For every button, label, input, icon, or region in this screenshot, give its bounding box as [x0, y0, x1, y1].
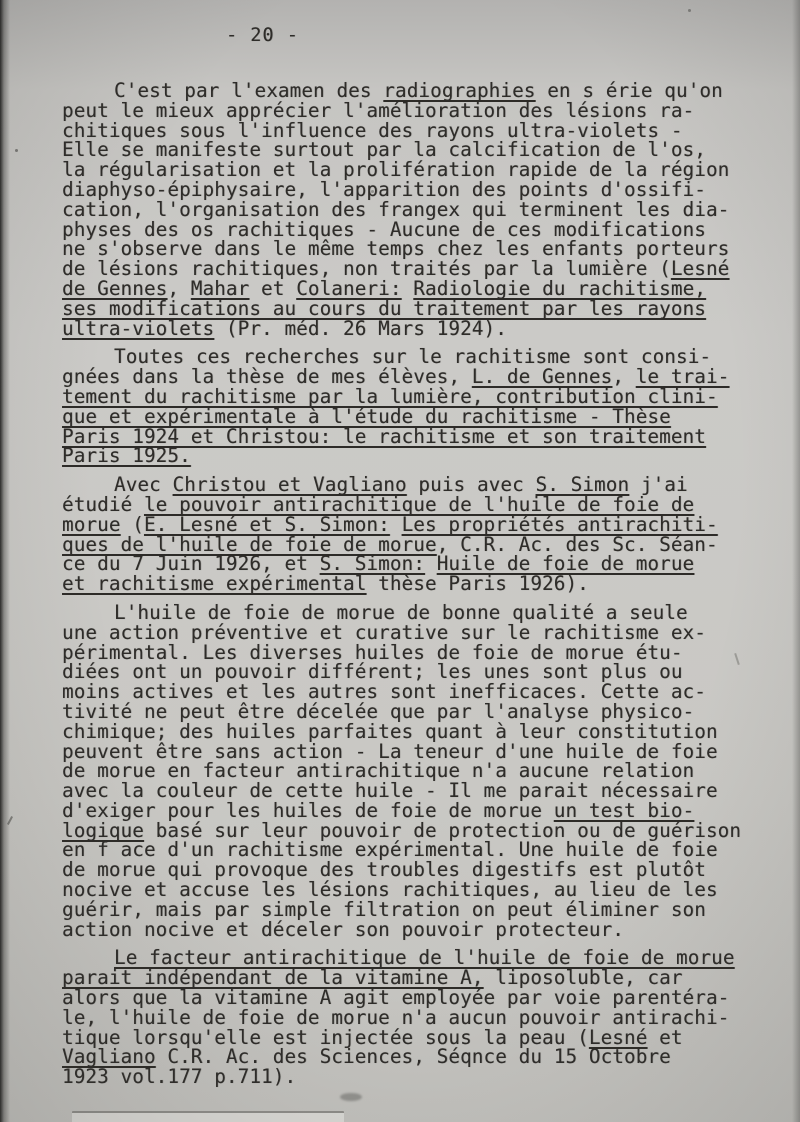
underlined-text: et rachitisme expérimental: [62, 572, 366, 595]
text-segment: action nocive et déceler son pouvoir pro…: [62, 918, 624, 941]
paper-speck: [15, 149, 18, 152]
underlined-text: ultra-violets: [62, 317, 214, 340]
paragraph: L'huile de foie de morue de bonne qualit…: [62, 603, 752, 940]
text-segment: 1923 vol.177 p.711).: [62, 1065, 296, 1088]
paper-speck: [688, 9, 691, 12]
paragraph: Toutes ces recherches sur le rachitisme …: [62, 347, 752, 466]
text-line: Paris 1925.: [62, 446, 752, 466]
document-text: C'est par l'examen des radiographies en …: [62, 81, 752, 1096]
paragraph: C'est par l'examen des radiographies en …: [62, 81, 752, 338]
scanned-document-page: - 20 - C'est par l'examen des radiograph…: [0, 0, 800, 1122]
underlined-text: Paris 1925.: [62, 444, 191, 467]
scan-bottom-paper-edge: [72, 1111, 344, 1122]
text-line: ultra-violets (Pr. méd. 26 Mars 1924).: [62, 319, 752, 339]
text-line: action nocive et déceler son pouvoir pro…: [62, 920, 752, 940]
text-segment: thèse Paris 1926).: [366, 572, 588, 595]
scan-edge-left: [0, 0, 10, 1122]
text-segment: (Pr. méd. 26 Mars 1924).: [214, 317, 507, 340]
scan-edge-right: [792, 0, 800, 1122]
paragraph: Le facteur antirachitique de l'huile de …: [62, 948, 752, 1087]
page-number: - 20 -: [226, 25, 299, 46]
text-line: 1923 vol.177 p.711).: [62, 1067, 752, 1087]
paragraph: Avec Christou et Vagliano puis avec S. S…: [62, 475, 752, 594]
text-line: et rachitisme expérimental thèse Paris 1…: [62, 574, 752, 594]
